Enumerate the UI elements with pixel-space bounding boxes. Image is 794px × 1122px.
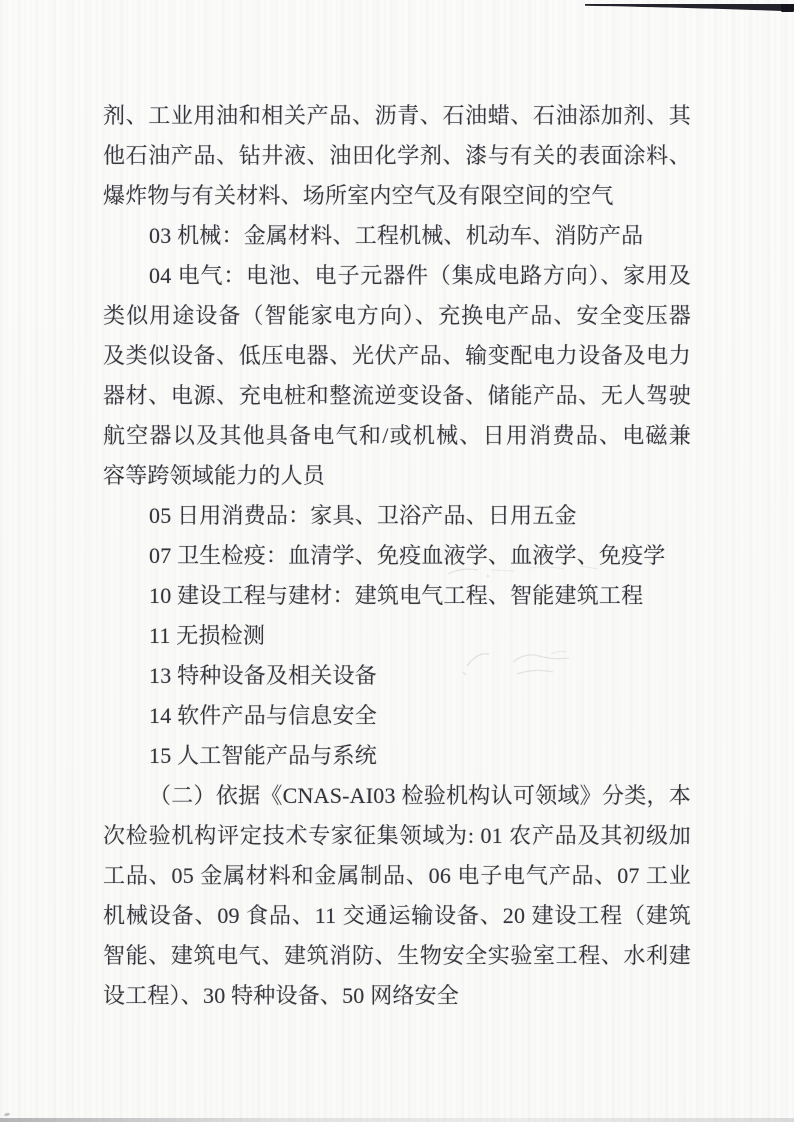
text-line: 04 电气：电池、电子元器件（集成电路方向）、家用及 xyxy=(103,256,691,296)
text-line: 机械设备、09 食品、11 交通运输设备、20 建设工程（建筑 xyxy=(103,896,691,936)
text-line: （二）依据《CNAS-AI03 检验机构认可领域》分类，本 xyxy=(103,776,691,816)
text-line: 次检验机构评定技术专家征集领域为: 01 农产品及其初级加 xyxy=(103,816,691,856)
text-line: 13 特种设备及相关设备 xyxy=(103,656,691,696)
text-line: 14 软件产品与信息安全 xyxy=(103,696,691,736)
scan-edge-shape xyxy=(585,4,794,13)
scan-edge-artifact-top xyxy=(585,0,794,9)
text-line: 他石油产品、钻井液、油田化学剂、漆与有关的表面涂料、 xyxy=(103,136,691,176)
text-line: 智能、建筑电气、建筑消防、生物安全实验室工程、水利建 xyxy=(103,936,691,976)
text-line: 设工程）、30 特种设备、50 网络安全 xyxy=(103,976,691,1016)
text-line: 07 卫生检疫：血清学、免疫血液学、血液学、免疫学 xyxy=(103,536,691,576)
text-line: 及类似设备、低压电器、光伏产品、输变配电力设备及电力 xyxy=(103,336,691,376)
text-line: 容等跨领域能力的人员 xyxy=(103,456,691,496)
scan-edge-artifact-bottom xyxy=(0,1118,794,1122)
text-line: 器材、电源、充电桩和整流逆变设备、储能产品、无人驾驶 xyxy=(103,376,691,416)
scanned-document-page: 剂、工业用油和相关产品、沥青、石油蜡、石油添加剂、其 他石油产品、钻井液、油田化… xyxy=(0,0,794,1122)
text-line: 10 建设工程与建材：建筑电气工程、智能建筑工程 xyxy=(103,576,691,616)
text-line: 05 日用消费品：家具、卫浴产品、日用五金 xyxy=(103,496,691,536)
text-line: 03 机械：金属材料、工程机械、机动车、消防产品 xyxy=(103,216,691,256)
scan-speck-artifact xyxy=(4,1112,11,1116)
text-line: 航空器以及其他具备电气和/或机械、日用消费品、电磁兼 xyxy=(103,416,691,456)
document-body: 剂、工业用油和相关产品、沥青、石油蜡、石油添加剂、其 他石油产品、钻井液、油田化… xyxy=(103,96,691,1016)
text-line: 工品、05 金属材料和金属制品、06 电子电气产品、07 工业 xyxy=(103,856,691,896)
text-line: 11 无损检测 xyxy=(103,616,691,656)
text-line: 类似用途设备（智能家电方向）、充换电产品、安全变压器 xyxy=(103,296,691,336)
text-line: 爆炸物与有关材料、场所室内空气及有限空间的空气 xyxy=(103,176,691,216)
text-line: 15 人工智能产品与系统 xyxy=(103,736,691,776)
text-line: 剂、工业用油和相关产品、沥青、石油蜡、石油添加剂、其 xyxy=(103,96,691,136)
